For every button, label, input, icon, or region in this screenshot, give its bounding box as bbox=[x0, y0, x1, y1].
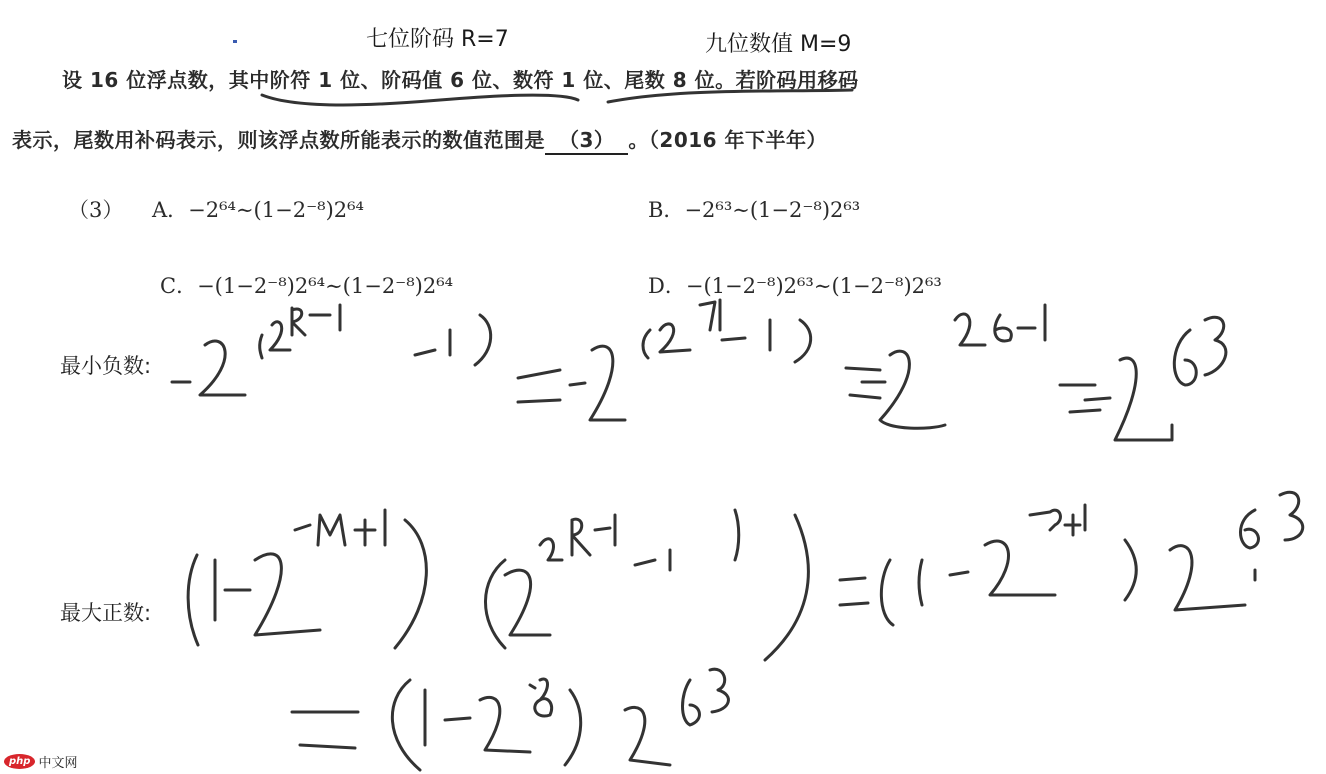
handwritten-derivation bbox=[0, 0, 1326, 774]
underline-a bbox=[262, 95, 578, 105]
watermark: php 中文网 bbox=[4, 752, 77, 771]
php-logo-icon: php bbox=[4, 754, 35, 769]
watermark-text: 中文网 bbox=[38, 752, 77, 771]
underline-b bbox=[608, 90, 852, 102]
